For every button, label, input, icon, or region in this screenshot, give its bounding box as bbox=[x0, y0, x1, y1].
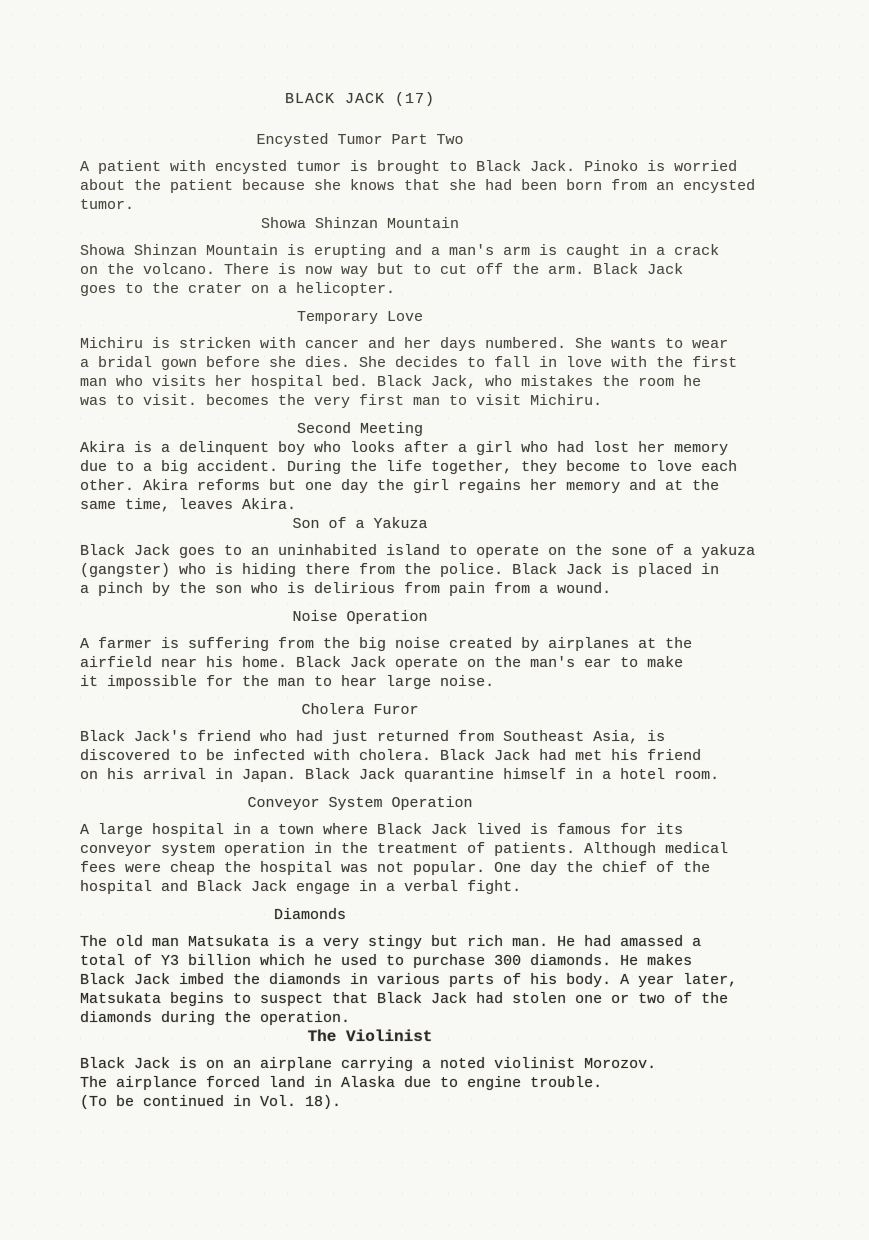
section-paragraph: Black Jack's friend who had just returne… bbox=[80, 728, 797, 785]
section-paragraph: Black Jack goes to an uninhabited island… bbox=[80, 542, 797, 599]
section-diamonds: Diamonds The old man Matsukata is a very… bbox=[80, 906, 797, 1028]
page-title: BLACK JACK (17) bbox=[80, 90, 640, 109]
section-paragraph: Showa Shinzan Mountain is erupting and a… bbox=[80, 242, 797, 299]
section-son-of-a-yakuza: Son of a Yakuza Black Jack goes to an un… bbox=[80, 515, 797, 599]
section-heading: Son of a Yakuza bbox=[80, 515, 640, 534]
section-noise-operation: Noise Operation A farmer is suffering fr… bbox=[80, 608, 797, 692]
section-paragraph: A large hospital in a town where Black J… bbox=[80, 821, 797, 897]
document-page: BLACK JACK (17) Encysted Tumor Part Two … bbox=[0, 0, 869, 1240]
section-second-meeting: Second Meeting Akira is a delinquent boy… bbox=[80, 420, 797, 515]
section-paragraph: The old man Matsukata is a very stingy b… bbox=[80, 933, 797, 1028]
section-heading: Temporary Love bbox=[80, 308, 640, 327]
section-paragraph: A farmer is suffering from the big noise… bbox=[80, 635, 797, 692]
section-conveyor-system-operation: Conveyor System Operation A large hospit… bbox=[80, 794, 797, 897]
section-showa-shinzan-mountain: Showa Shinzan Mountain Showa Shinzan Mou… bbox=[80, 215, 797, 299]
section-the-violinist: The Violinist Black Jack is on an airpla… bbox=[80, 1028, 797, 1112]
section-temporary-love: Temporary Love Michiru is stricken with … bbox=[80, 308, 797, 411]
section-cholera-furor: Cholera Furor Black Jack's friend who ha… bbox=[80, 701, 797, 785]
section-heading: Showa Shinzan Mountain bbox=[80, 215, 640, 234]
section-paragraph: Black Jack is on an airplane carrying a … bbox=[80, 1055, 797, 1112]
section-heading: Conveyor System Operation bbox=[80, 794, 640, 813]
section-heading: Encysted Tumor Part Two bbox=[80, 131, 640, 150]
section-heading: Noise Operation bbox=[80, 608, 640, 627]
section-heading: The Violinist bbox=[80, 1028, 660, 1047]
section-paragraph: Akira is a delinquent boy who looks afte… bbox=[80, 439, 797, 515]
section-paragraph: Michiru is stricken with cancer and her … bbox=[80, 335, 797, 411]
section-heading: Cholera Furor bbox=[80, 701, 640, 720]
section-heading: Diamonds bbox=[80, 906, 540, 925]
section-heading: Second Meeting bbox=[80, 420, 640, 439]
section-encysted-tumor: Encysted Tumor Part Two A patient with e… bbox=[80, 131, 797, 215]
section-paragraph: A patient with encysted tumor is brought… bbox=[80, 158, 797, 215]
